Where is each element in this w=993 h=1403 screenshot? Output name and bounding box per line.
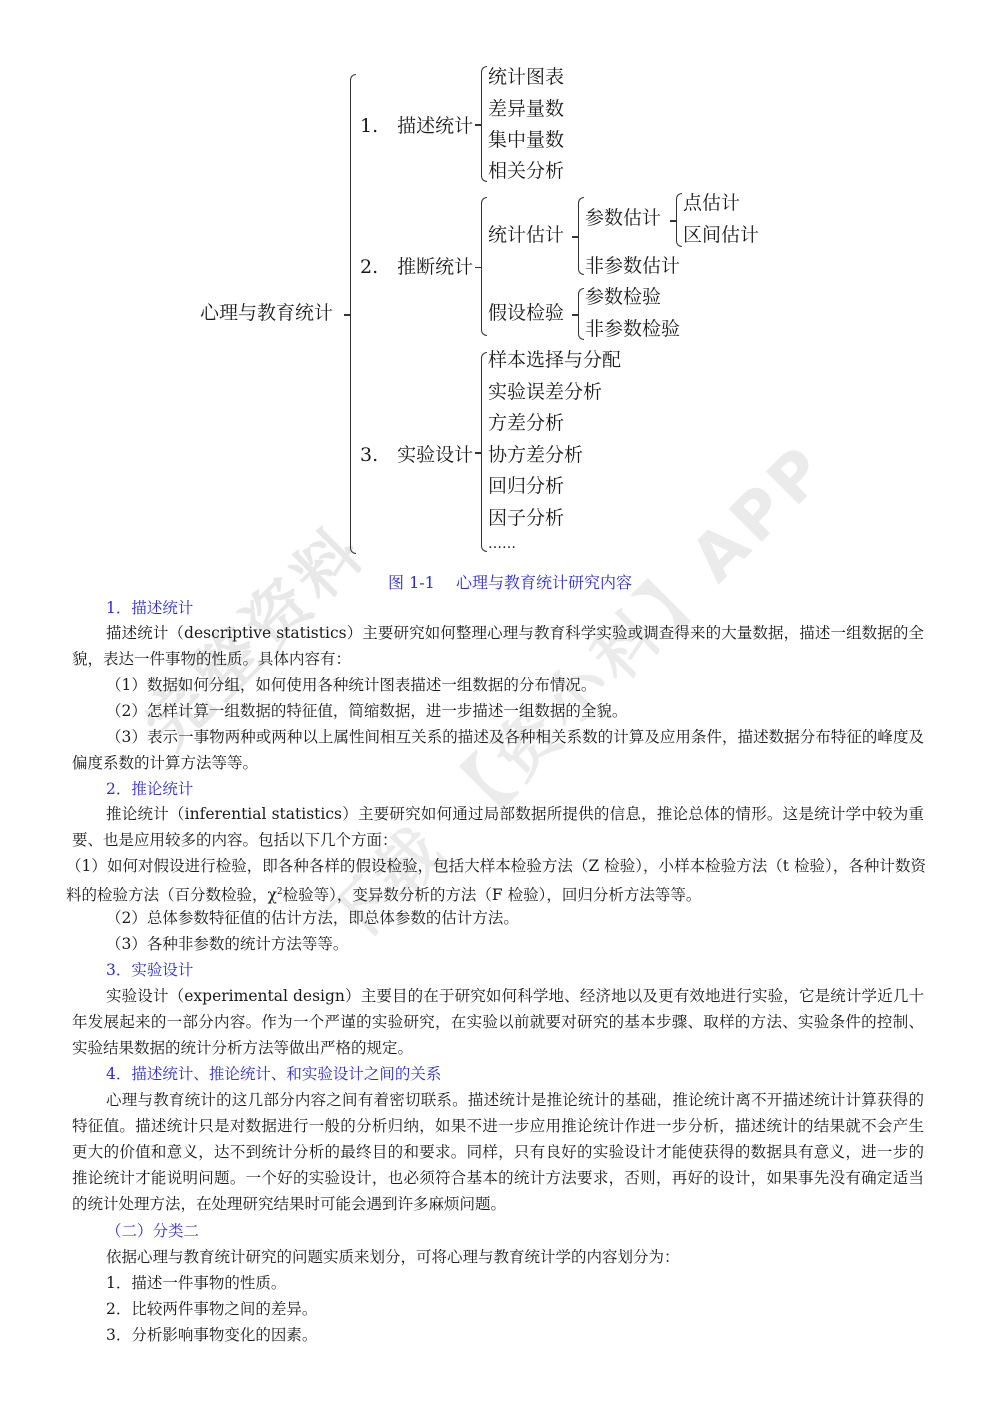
brace bbox=[481, 66, 487, 182]
list-item: （3）表示一事物两种或两种以上属性间相互关系的描述及各种相关系数的计算及应用条件… bbox=[72, 724, 924, 776]
brace bbox=[578, 197, 584, 275]
paragraph: 描述统计（descriptive statistics）主要研究如何整理心理与教… bbox=[72, 620, 924, 672]
list-item-text: 检验等），变异数分析的方法（F 检验），回归分析方法等等。 bbox=[283, 886, 702, 904]
paragraph: 推论统计（inferential statistics）主要研究如何通过局部数据… bbox=[72, 801, 924, 853]
document-page: 完整资料 下载 【资小科】APP 心理与教育统计 1. 描述统计 统计图表 差异… bbox=[0, 0, 993, 1403]
list-item: 3．分析影响事物变化的因素。 bbox=[106, 1322, 958, 1348]
tree-node-param-estimation: 参数估计 bbox=[585, 207, 661, 229]
brace bbox=[578, 288, 584, 340]
tree-leaf: 区间估计 bbox=[683, 224, 759, 246]
brace bbox=[481, 197, 487, 336]
paragraph: 依据心理与教育统计研究的问题实质来划分，可将心理与教育统计学的内容划分为： bbox=[72, 1244, 924, 1270]
tree-branch-descriptive: 1. 描述统计 bbox=[360, 115, 473, 137]
tree-root: 心理与教育统计 bbox=[200, 302, 333, 324]
section-heading: 4．描述统计、推论统计、和实验设计之间的关系 bbox=[106, 1061, 958, 1087]
section-heading: 1．描述统计 bbox=[106, 595, 958, 621]
chi-symbol: χ bbox=[268, 886, 277, 904]
tree-leaf: 实验误差分析 bbox=[488, 381, 602, 403]
section-heading: （二）分类二 bbox=[106, 1218, 958, 1244]
list-item: （2）怎样计算一组数据的特征值，简缩数据，进一步描述一组数据的全貌。 bbox=[72, 698, 924, 724]
brace bbox=[481, 352, 487, 552]
list-item: （2）总体参数特征值的估计方法，即总体参数的估计方法。 bbox=[72, 905, 924, 931]
tree-leaf: 方差分析 bbox=[488, 412, 564, 434]
tree-leaf: 集中量数 bbox=[488, 129, 564, 151]
figure-caption: 图 1-1 心理与教育统计研究内容 bbox=[388, 570, 632, 593]
list-item: （1）如何对假设进行检验，即各种各样的假设检验，包括大样本检验方法（Z 检验），… bbox=[66, 853, 926, 908]
section-heading: 3．实验设计 bbox=[106, 957, 958, 983]
paragraph: 心理与教育统计的这几部分内容之间有着密切联系。描述统计是推论统计的基础，推论统计… bbox=[72, 1087, 924, 1217]
tree-leaf: 样本选择与分配 bbox=[488, 349, 621, 371]
tree-leaf: 参数检验 bbox=[585, 286, 661, 308]
tree-branch-experimental: 3. 实验设计 bbox=[360, 444, 473, 466]
tree-leaf: 差异量数 bbox=[488, 98, 564, 120]
tree-node-estimation: 统计估计 bbox=[488, 224, 564, 246]
list-item: （1）数据如何分组，如何使用各种统计图表描述一组数据的分布情况。 bbox=[72, 672, 924, 698]
tree-node-hypothesis-test: 假设检验 bbox=[488, 302, 564, 324]
list-item: 2．比较两件事物之间的差异。 bbox=[106, 1296, 958, 1322]
tree-leaf: 非参数估计 bbox=[585, 255, 680, 277]
tree-leaf: 回归分析 bbox=[488, 475, 564, 497]
brace bbox=[350, 74, 356, 554]
list-item: 1．描述一件事物的性质。 bbox=[106, 1270, 958, 1296]
section-heading: 2．推论统计 bbox=[106, 776, 958, 802]
tree-leaf: 因子分析 bbox=[488, 507, 564, 529]
tree-leaf: 点估计 bbox=[683, 192, 740, 214]
tree-leaf-ellipsis: …… bbox=[488, 533, 516, 555]
tree-branch-inferential: 2. 推断统计 bbox=[360, 256, 473, 278]
brace bbox=[676, 193, 682, 247]
tree-leaf: 统计图表 bbox=[488, 66, 564, 88]
paragraph: 实验设计（experimental design）主要目的在于研究如何科学地、经… bbox=[72, 983, 924, 1061]
tree-leaf: 相关分析 bbox=[488, 160, 564, 182]
list-item: （3）各种非参数的统计方法等等。 bbox=[72, 931, 924, 957]
tree-leaf: 协方差分析 bbox=[488, 444, 583, 466]
tree-leaf: 非参数检验 bbox=[585, 318, 680, 340]
